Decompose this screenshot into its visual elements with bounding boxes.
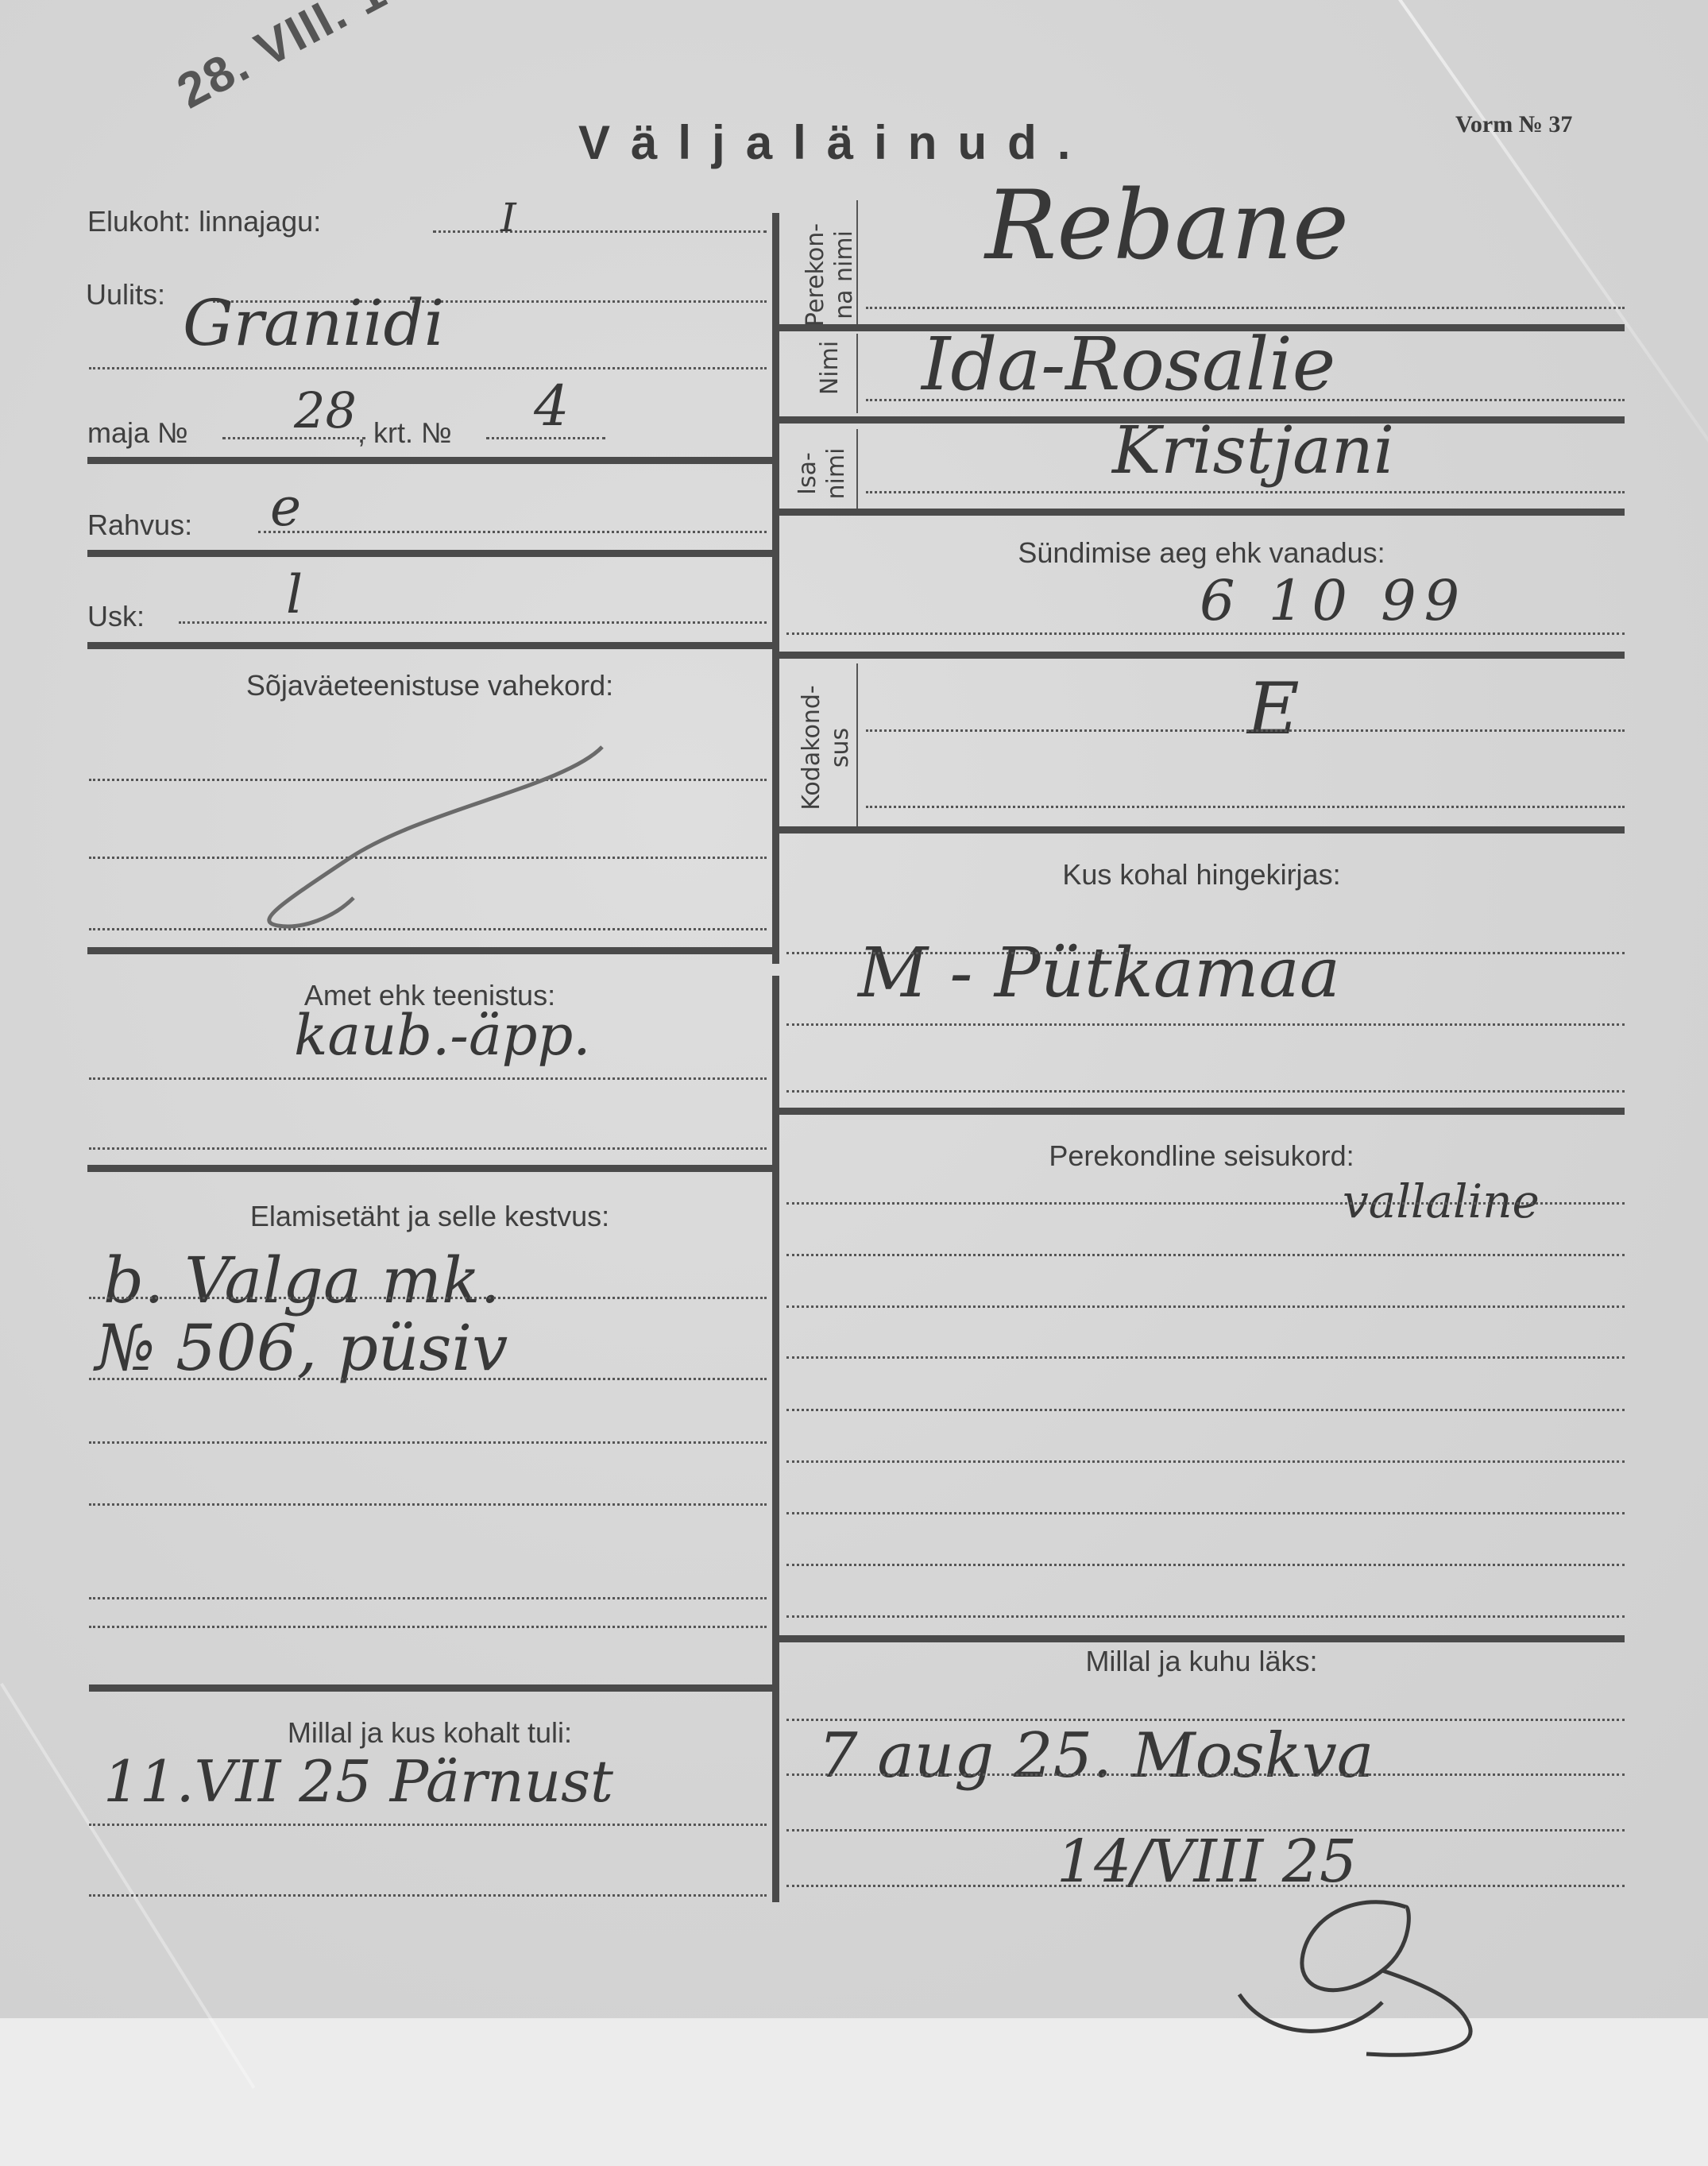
nimi-label: Nimi — [816, 320, 844, 416]
dotted-line — [786, 1512, 1625, 1514]
label-line: sus — [826, 660, 855, 835]
usk-label: Usk: — [87, 600, 145, 633]
signature — [1223, 1883, 1509, 2074]
dotted-line — [866, 307, 1625, 309]
amet-value: kaub.-äpp. — [294, 1003, 591, 1068]
elukoht-value: I — [500, 195, 516, 241]
section-rule — [87, 947, 772, 954]
section-rule — [87, 457, 772, 464]
section-rule — [775, 1108, 1625, 1115]
dotted-line — [786, 1564, 1625, 1566]
dotted-line — [786, 1615, 1625, 1618]
dotted-line — [89, 1441, 767, 1444]
nimi-value: Ida-Rosalie — [922, 322, 1335, 407]
label-divider — [856, 663, 858, 830]
millal-laks-value-line1: 7 aug 25. Moskva — [818, 1720, 1374, 1792]
hingekiri-label: Kus kohal hingekirjas: — [779, 858, 1625, 892]
dotted-line — [89, 1894, 767, 1897]
dotted-line — [179, 621, 767, 624]
perekonnanimi-value: Rebane — [985, 171, 1349, 281]
uulits-value: Graniidi — [183, 286, 444, 360]
perekondline-label: Perekondline seisukord: — [779, 1139, 1625, 1173]
form-title: Väljaläinud. — [578, 115, 1091, 170]
hingekiri-value: M - Pütkamaa — [858, 934, 1340, 1013]
dotted-line — [786, 632, 1625, 635]
dotted-line — [866, 806, 1625, 808]
rahvus-value: e — [270, 477, 301, 538]
section-rule — [87, 642, 772, 649]
section-rule — [775, 1635, 1625, 1642]
dotted-line — [89, 1597, 767, 1599]
section-rule — [87, 1165, 772, 1172]
usk-value: l — [286, 564, 303, 625]
dotted-line — [89, 367, 767, 369]
dotted-line — [786, 1356, 1625, 1359]
sundimise-value: 6 10 99 — [1200, 568, 1467, 633]
millal-tuli-label: Millal ja kus kohalt tuli: — [87, 1716, 772, 1750]
elamisetaht-value-line1: b. Valga mk. — [103, 1244, 500, 1317]
maja-value: 28 — [294, 381, 357, 439]
dotted-line — [786, 1023, 1625, 1026]
krt-value: 4 — [534, 373, 570, 439]
dotted-line — [89, 1503, 767, 1506]
millal-tuli-value: 11.VII 25 Pärnust — [103, 1748, 613, 1815]
dotted-line — [258, 531, 767, 533]
dotted-line — [89, 1147, 767, 1150]
dotted-line — [89, 1378, 767, 1380]
rahvus-label: Rahvus: — [87, 509, 192, 542]
section-rule — [775, 652, 1625, 659]
sundimise-label: Sündimise aeg ehk vanadus: — [779, 536, 1625, 570]
section-rule — [89, 1684, 774, 1692]
dotted-line — [89, 1077, 767, 1080]
krt-label: , krt. № — [357, 416, 452, 450]
dash-stroke — [214, 739, 612, 930]
dotted-line — [786, 1254, 1625, 1256]
dotted-line — [786, 1773, 1625, 1776]
dotted-line — [786, 1202, 1625, 1205]
isanimi-value: Kristjani — [1112, 413, 1394, 489]
section-rule — [775, 509, 1625, 516]
dotted-line — [786, 1409, 1625, 1411]
perekondline-value: vallaline — [1343, 1174, 1540, 1228]
kodakondsus-label: Kodakond- sus — [798, 660, 855, 835]
label-divider — [856, 429, 858, 509]
dotted-line — [866, 491, 1625, 493]
dotted-line — [89, 1297, 767, 1299]
dotted-line — [866, 729, 1625, 732]
maja-label: maja № — [87, 416, 188, 450]
dotted-line — [786, 1460, 1625, 1463]
form-number: Vorm № 37 — [1455, 111, 1572, 138]
dotted-line — [866, 399, 1625, 401]
elamisetaht-value-line2: № 506, püsiv — [95, 1311, 508, 1385]
dotted-line — [786, 1090, 1625, 1093]
section-rule — [775, 826, 1625, 834]
dotted-line — [786, 952, 1625, 954]
elamisetaht-label: Elamisetäht ja selle kestvus: — [87, 1200, 772, 1233]
dotted-line — [89, 1824, 767, 1826]
dotted-line — [89, 1626, 767, 1628]
millal-laks-label: Millal ja kuhu läks: — [779, 1645, 1625, 1678]
dotted-line — [433, 230, 767, 233]
elukoht-label: Elukoht: linnajagu: — [87, 205, 321, 238]
label-line: Kodakond- — [798, 660, 826, 835]
sojavae-label: Sõjaväeteenistuse vahekord: — [87, 669, 772, 702]
label-divider — [856, 334, 858, 413]
dotted-line — [786, 1305, 1625, 1308]
section-rule — [87, 550, 772, 557]
kodakondsus-value: E — [1247, 667, 1300, 751]
uulits-label: Uulits: — [86, 278, 165, 311]
